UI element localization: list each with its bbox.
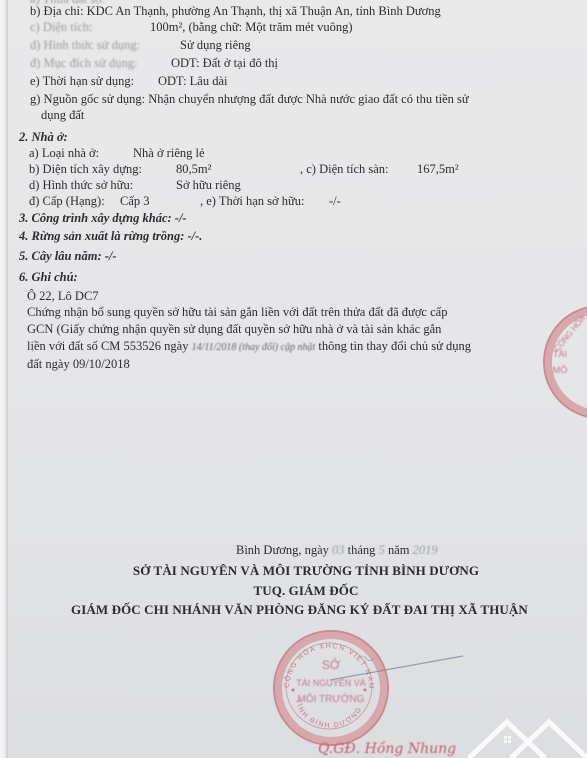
certificate-page: a) Thửa đất số: b) Địa chỉ: KDC An Thạnh… <box>8 0 587 758</box>
area-label: c) Diện tích: <box>30 20 92 34</box>
note-line-4-start: liền với đất số CM 553526 ngày <box>27 339 188 353</box>
date-year: 2019 <box>413 543 438 557</box>
date-day: 03 <box>332 543 345 557</box>
note-line-3: GCN (Giấy chứng nhận quyền sử dụng đất q… <box>27 322 441 337</box>
build-area-row: b) Diện tích xây dựng: 80,5m² , c) Diện … <box>29 162 142 177</box>
origin-label: g) Nguồn gốc sử dụng: <box>30 92 145 106</box>
note-overprint: 14/11/2018 (thay đổi) cập nhật <box>192 342 316 353</box>
photo-border <box>0 0 8 758</box>
own-term-value: -/- <box>329 194 341 209</box>
note-line-1: Ô 22, Lô DC7 <box>27 289 99 304</box>
partial-stamp: CỘNG HÒA TÀI MÔ <box>543 305 587 419</box>
tuq-line: TUQ. GIÁM ĐỐC <box>0 583 587 599</box>
stamp-line-3: MÔI TRƯỜNG <box>275 694 387 705</box>
purpose-label: đ) Mục đích sử dụng: <box>30 56 137 70</box>
house-type-label: a) Loại nhà ở: <box>29 146 99 160</box>
build-area-value: 80,5m² <box>176 162 211 177</box>
date-prefix: Bình Dương, ngày <box>236 543 329 557</box>
ownership-label: d) Hình thức sở hữu: <box>29 178 133 192</box>
area-value: 100m², (bằng chữ: Một trăm mét vuông) <box>150 20 353 35</box>
section4: 4. Rừng sản xuất là rừng trồng: -/-. <box>19 229 202 244</box>
grade-value: Cấp 3 <box>120 194 150 209</box>
grade-row: đ) Cấp (Hạng): Cấp 3 , e) Thời hạn sở hữ… <box>29 194 105 209</box>
build-area-label: b) Diện tích xây dựng: <box>29 162 142 176</box>
note-line-2: Chứng nhận bổ sung quyền sở hữu tài sản … <box>27 305 447 320</box>
house-type-row: a) Loại nhà ở: Nhà ở riêng lẻ <box>29 146 99 161</box>
section2-title: 2. Nhà ở: <box>19 130 68 145</box>
origin-row: g) Nguồn gốc sử dụng: Nhận chuyển nhượng… <box>30 92 469 107</box>
section3: 3. Công trình xây dựng khác: -/- <box>19 211 187 226</box>
date-month: 5 <box>379 543 385 557</box>
date-line: Bình Dương, ngày 03 tháng 5 năm 2019 <box>236 543 438 558</box>
term-label: e) Thời hạn sử dụng: <box>30 74 134 88</box>
use-form-row: d) Hình thức sử dụng: Sử dụng riêng <box>30 38 140 53</box>
purpose-row: đ) Mục đích sử dụng: ODT: Đất ở tại đô t… <box>30 56 137 71</box>
signer-name: Q.GĐ. Hồng Nhung <box>318 741 456 757</box>
term-row: e) Thời hạn sử dụng: ODT: Lâu dài <box>30 74 134 89</box>
purpose-value: ODT: Đất ở tại đô thị <box>171 56 278 71</box>
address-line: b) Địa chỉ: KDC An Thạnh, phường An Thạn… <box>30 4 441 19</box>
floor-area-label: , c) Diện tích sàn: <box>300 162 389 177</box>
term-value: ODT: Lâu dài <box>158 74 228 89</box>
own-term-label: , e) Thời hạn sở hữu: <box>200 194 304 209</box>
section5: 5. Cây lâu năm: -/- <box>19 249 117 264</box>
section6-title: 6. Ghi chú: <box>19 270 78 285</box>
month-label: tháng <box>348 543 376 557</box>
year-label: năm <box>388 543 410 557</box>
origin-value: Nhận chuyển nhượng đất được Nhà nước gia… <box>148 92 468 106</box>
position-line: GIÁM ĐỐC CHI NHÁNH VĂN PHÒNG ĐĂNG KÝ ĐẤT… <box>71 602 528 617</box>
use-form-label: d) Hình thức sử dụng: <box>30 38 140 52</box>
grade-label: đ) Cấp (Hạng): <box>29 194 105 208</box>
floor-area-value: 167,5m² <box>417 162 459 177</box>
ownership-value: Sở hữu riêng <box>176 178 241 193</box>
ownership-row: d) Hình thức sở hữu: Sở hữu riêng <box>29 178 133 193</box>
house-watermark-icon <box>467 708 587 758</box>
note-line-5: đất ngày 09/10/2018 <box>27 357 130 372</box>
origin-value-cont: dụng đất <box>41 108 84 123</box>
org-name: SỞ TÀI NGUYÊN VÀ MÔI TRƯỜNG TỈNH BÌNH DƯ… <box>0 563 587 579</box>
note-line-4-tail: thông tin thay đổi chủ sử dụng <box>318 339 471 353</box>
house-type-value: Nhà ở riêng lẻ <box>133 146 205 161</box>
signature-stroke-icon <box>328 650 468 690</box>
area-row: c) Diện tích: 100m², (bằng chữ: Một trăm… <box>30 20 92 35</box>
note-line-4: liền với đất số CM 553526 ngày 14/11/201… <box>27 339 471 355</box>
use-form-value: Sử dụng riêng <box>180 38 251 53</box>
